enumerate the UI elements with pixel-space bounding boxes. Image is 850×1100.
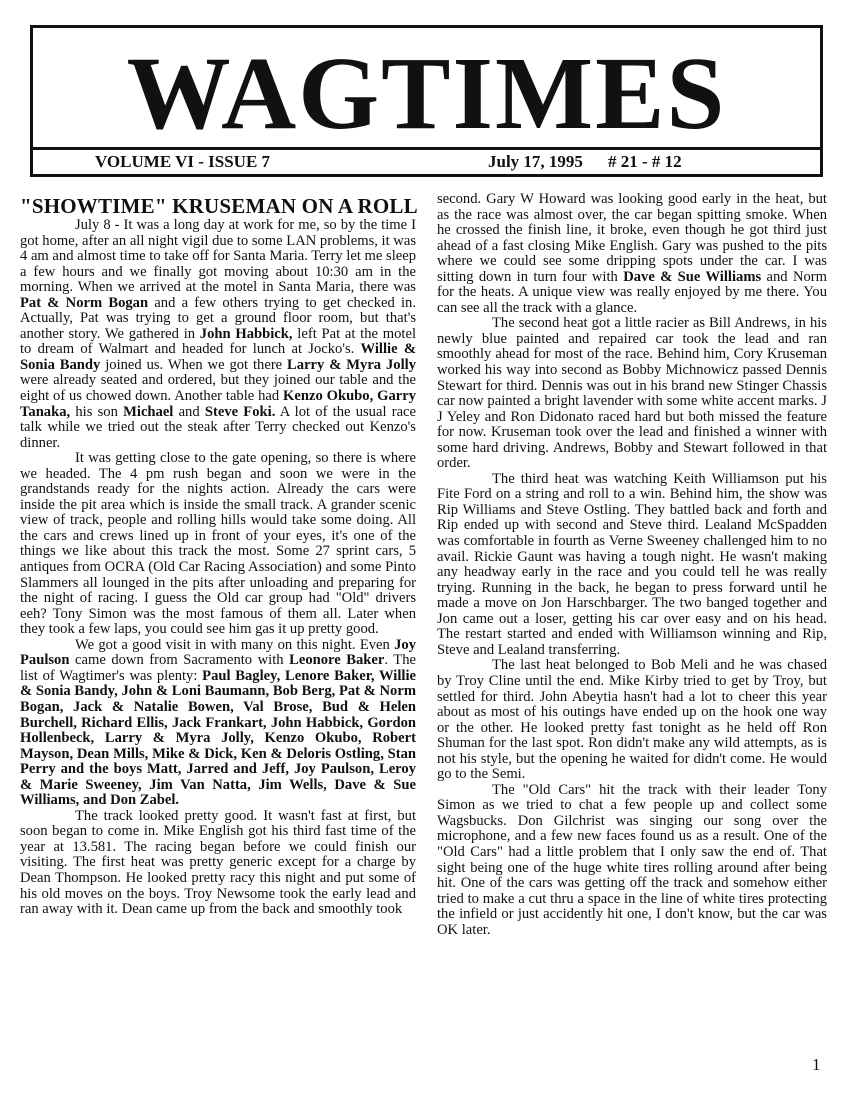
article-body-left: July 8 - It was a long day at work for m…	[20, 218, 416, 918]
text-run: his son	[70, 404, 123, 420]
article-paragraph: The last heat belonged to Bob Meli and h…	[437, 658, 827, 782]
text-run: and	[173, 404, 205, 420]
text-run: came down from Sacramento with	[69, 652, 289, 668]
volume-issue: VOLUME VI - ISSUE 7	[95, 150, 270, 174]
newsletter-title: WAGTIMES	[33, 42, 820, 146]
text-run: joined us. When we got there	[100, 357, 287, 373]
text-run: We got a good visit in with many on this…	[75, 637, 394, 653]
issue-date: July 17, 1995	[488, 150, 583, 174]
text-run: The last heat belonged to Bob Meli and h…	[437, 657, 827, 782]
bold-name: Paul Bagley, Lenore Baker, Willie & Soni…	[20, 668, 416, 808]
text-run: July 8 - It was a long day at work for m…	[20, 217, 416, 295]
text-run: The third heat was watching Keith Willia…	[437, 471, 827, 658]
bold-name: John Habbick,	[200, 326, 293, 342]
article-column-right: second. Gary W Howard was looking good e…	[437, 192, 827, 938]
bold-name: Pat & Norm Bogan	[20, 295, 148, 311]
article-paragraph: July 8 - It was a long day at work for m…	[20, 218, 416, 451]
article-paragraph: We got a good visit in with many on this…	[20, 638, 416, 809]
text-run: The "Old Cars" hit the track with their …	[437, 782, 827, 938]
text-run: The track looked pretty good. It wasn't …	[20, 808, 416, 917]
article-paragraph: The "Old Cars" hit the track with their …	[437, 783, 827, 938]
issue-numbers: # 21 - # 12	[608, 150, 682, 174]
article-body-right: second. Gary W Howard was looking good e…	[437, 192, 827, 938]
article-paragraph: The second heat got a little racier as B…	[437, 316, 827, 471]
bold-name: Michael	[123, 404, 173, 420]
bold-name: Steve Foki.	[205, 404, 275, 420]
article-paragraph: It was getting close to the gate opening…	[20, 451, 416, 638]
bold-name: Larry & Myra Jolly	[287, 357, 416, 373]
text-run: The second heat got a little racier as B…	[437, 315, 827, 471]
article-paragraph: The track looked pretty good. It wasn't …	[20, 809, 416, 918]
article-headline: "SHOWTIME" KRUSEMAN ON A ROLL	[20, 195, 416, 217]
article-paragraph: second. Gary W Howard was looking good e…	[437, 192, 827, 316]
issue-info-bar: VOLUME VI - ISSUE 7 July 17, 1995 # 21 -…	[33, 147, 820, 174]
article-paragraph: The third heat was watching Keith Willia…	[437, 472, 827, 659]
article-column-left: "SHOWTIME" KRUSEMAN ON A ROLL July 8 - I…	[20, 195, 416, 918]
masthead: WAGTIMES VOLUME VI - ISSUE 7 July 17, 19…	[30, 25, 823, 177]
text-run: It was getting close to the gate opening…	[20, 450, 416, 637]
page-number: 1	[812, 1055, 821, 1075]
bold-name: Leonore Baker	[289, 652, 384, 668]
bold-name: Dave & Sue Williams	[623, 269, 761, 285]
